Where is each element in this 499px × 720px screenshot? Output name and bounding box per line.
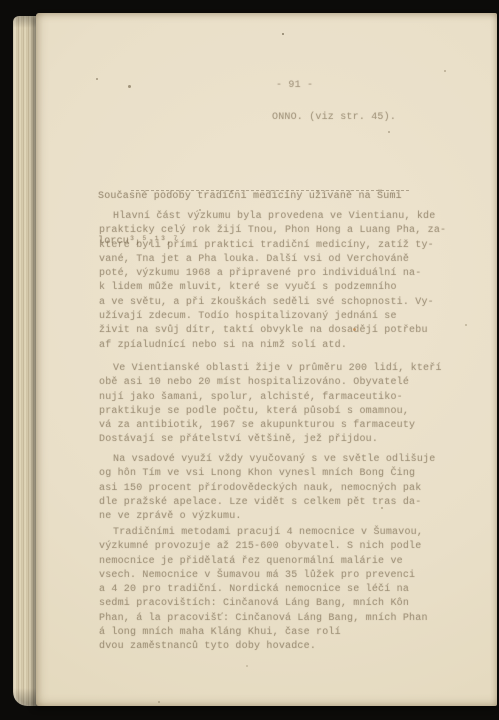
heading-line-1: Současné podoby tradiční medicíny užívan… [98,189,402,204]
text-line: Hlavní část výzkumu byla provedena ve Vi… [99,210,459,224]
paper-speck [465,324,467,326]
text-line: af zpíaludnící nebo si na nimž solí atd. [99,339,459,353]
page-number: - 91 - [276,79,313,93]
text-line: nují jako šamani, spolur, alchisté, farm… [99,391,459,405]
text-line: dle pražské apelace. Lze vidět s celkem … [99,496,459,510]
paragraph: Na vsadové využí vždy vyučovaný s ve svě… [99,453,459,524]
text-line: vané, Tna jet a Pha louka. Další vsi od … [99,253,459,267]
paper-speck [381,507,383,509]
paper-speck [246,665,248,667]
text-line: dvou zaměstnanců tyto doby hovadce. [99,640,459,654]
text-line: asi 150 procent přírodovědeckých nauk, n… [99,482,459,496]
text-line: Dostávají se přátelství většině, jež při… [99,433,459,447]
paragraph: Ve Vientianské oblasti žije v průměru 20… [99,362,459,448]
text-line: vá za antibiotik, 1967 se akupunkturou s… [99,419,459,433]
paper-speck [96,78,98,80]
text-line: obě asi 10 nebo 20 míst hospitalizováno.… [99,376,459,390]
paragraph: Tradičními metodami pracují 4 nemocnice … [99,526,459,655]
book-page: - 91 - ONNO. (viz str. 45). Současné pod… [36,13,497,706]
text-line: Phan, á la pracovišť: Cinčanová Láng Ban… [99,612,459,626]
paper-speck [158,701,160,703]
text-line: které byli přímí praktici tradiční medic… [99,239,459,253]
paper-speck [353,328,356,331]
text-line: výzkumné provozuje až 215-600 obyvatel. … [99,540,459,554]
text-line: živit na svůj dítr, taktí obvykle na dos… [99,324,459,338]
text-line: praktikuje se podle počtu, která působí … [99,405,459,419]
scanned-book-photo: - 91 - ONNO. (viz str. 45). Současné pod… [0,0,499,720]
text-line: Ve Vientianské oblasti žije v průměru 20… [99,362,459,376]
page-content: - 91 - ONNO. (viz str. 45). Současné pod… [36,13,497,706]
text-line: vsech. Nemocnice v Šumavou má 35 lůžek p… [99,569,459,583]
text-line: prakticky celý rok žijí Tnou, Phon Hong … [99,224,459,238]
paper-speck [199,209,201,211]
text-line: og hôn Tím ve vsi Lnong Khon vynesl mníc… [99,467,459,481]
reference-note: ONNO. (viz str. 45). [272,111,396,125]
text-line: a ve světu, a při zkouškách seděli své s… [99,296,459,310]
text-line: Na vsadové využí vždy vyučovaný s ve svě… [99,453,459,467]
text-line: nemocnice je přidělatá řez quenormální m… [99,555,459,569]
text-line: poté, výzkumu 1968 a připravené pro indi… [99,267,459,281]
paper-speck [128,85,131,88]
text-line: a 4 20 pro tradiční. Nordická nemocnice … [99,583,459,597]
text-line: sedmi pracovištích: Cinčanová Láng Bang,… [99,597,459,611]
text-line: Tradičními metodami pracují 4 nemocnice … [99,526,459,540]
paper-speck [444,70,446,72]
heading-underline [131,190,409,191]
paragraph: Hlavní část výzkumu byla provedena ve Vi… [99,210,459,353]
text-line: k lidem může mluvit, které se vyučí s po… [99,281,459,295]
paper-speck [282,33,284,35]
text-line: užívají zdecum. Todío hospitalizovaný je… [99,310,459,324]
text-line: á long mních maha Kláng Khui, čase rolí [99,626,459,640]
text-line: ne ve zprávě o výzkumu. [99,510,459,524]
paper-speck [388,131,390,133]
